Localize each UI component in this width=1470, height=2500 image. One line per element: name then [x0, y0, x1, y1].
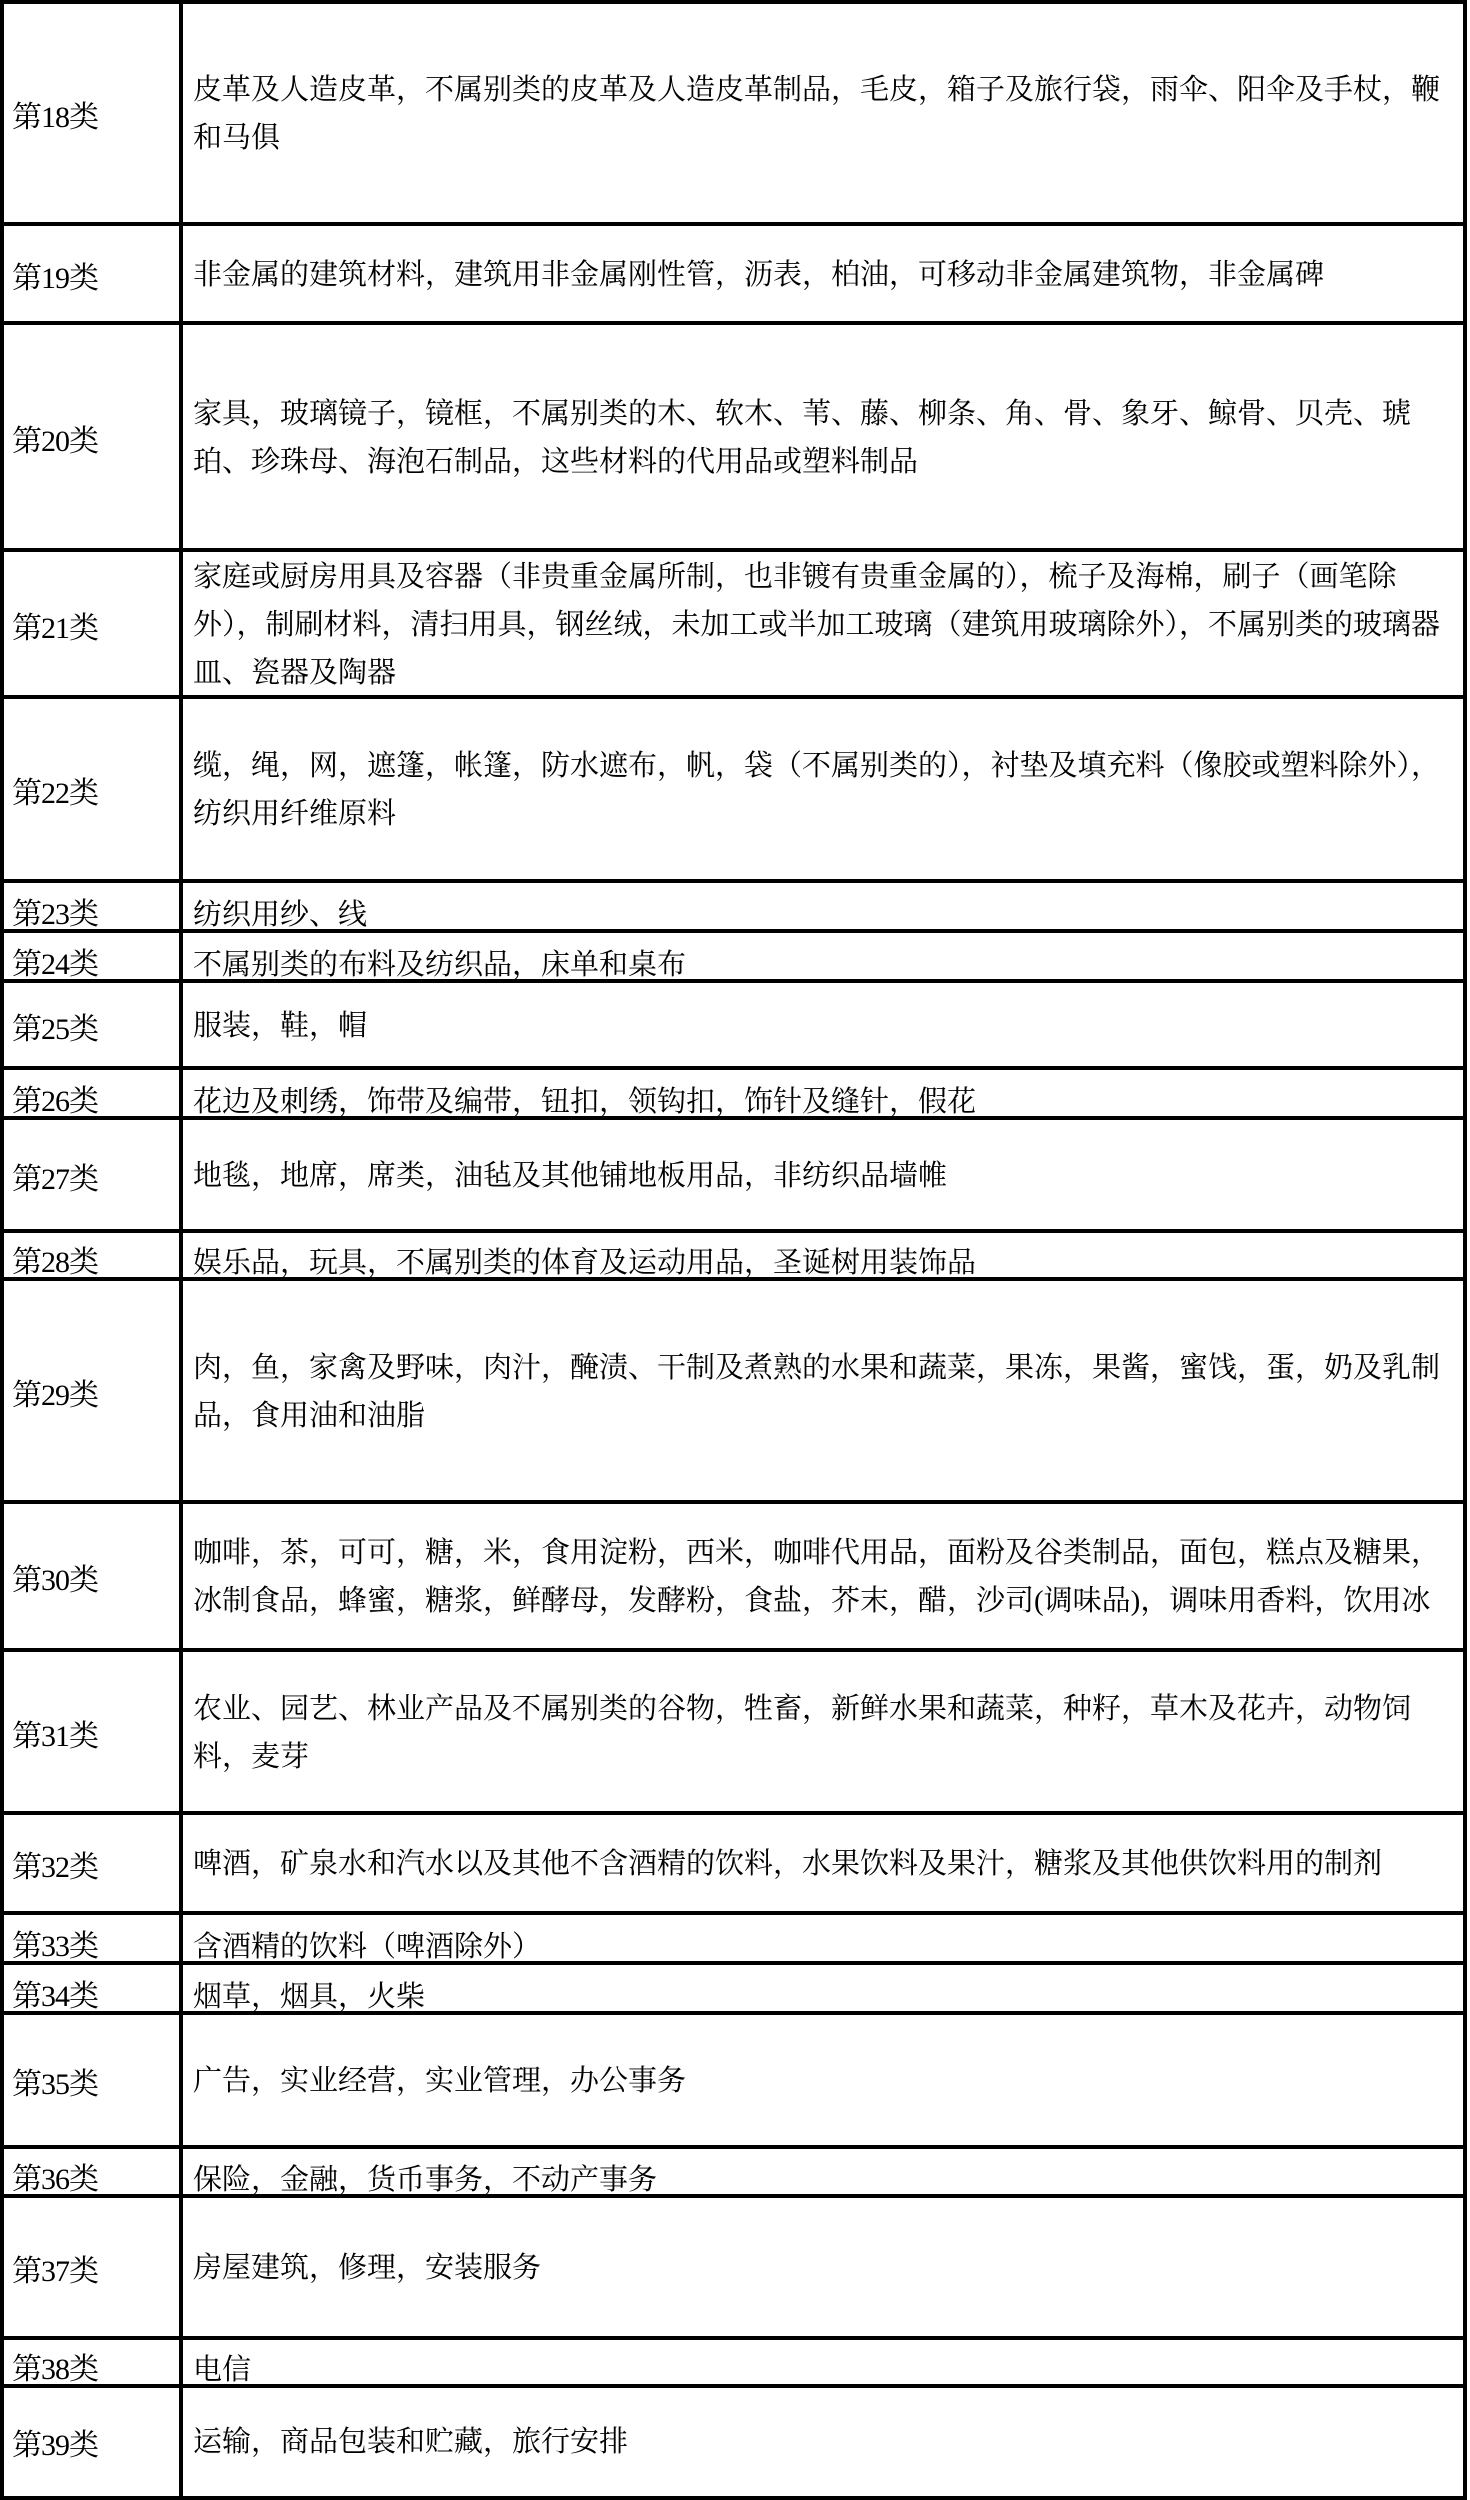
- class-description-text: 缆，绳，网，遮篷，帐篷，防水遮布，帆，袋（不属别类的），衬垫及填充料（像胶或塑料…: [193, 742, 1445, 838]
- class-description-text: 含酒精的饮料（啤酒除外）: [193, 1927, 541, 1963]
- class-description-text: 非金属的建筑材料，建筑用非金属刚性管，沥表，柏油，可移动非金属建筑物，非金属碑: [193, 251, 1324, 299]
- class-label-text: 第38类: [12, 2350, 98, 2386]
- class-label-text: 第32类: [12, 1842, 98, 1886]
- class-description: 保险，金融，货币事务，不动产事务: [183, 2149, 1467, 2196]
- table-row: 第33类 含酒精的饮料（啤酒除外）: [0, 1911, 1467, 1963]
- class-description-text: 运输，商品包装和贮藏，旅行安排: [193, 2418, 628, 2466]
- table-row: 第39类 运输，商品包装和贮藏，旅行安排: [0, 2384, 1467, 2500]
- class-description-text: 皮革及人造皮革，不属别类的皮革及人造皮革制品，毛皮，箱子及旅行袋，雨伞、阳伞及手…: [193, 66, 1445, 162]
- class-label: 第20类: [0, 325, 183, 550]
- class-description: 肉，鱼，家禽及野味，肉汁，醃渍、干制及煮熟的水果和蔬菜，果冻，果酱，蜜饯，蛋，奶…: [183, 1281, 1467, 1502]
- class-label-text: 第36类: [12, 2160, 98, 2196]
- class-description: 娱乐品，玩具，不属别类的体育及运动用品，圣诞树用装饰品: [183, 1233, 1467, 1279]
- table-row: 第34类 烟草，烟具，火柴: [0, 1961, 1467, 2013]
- table-row: 第29类 肉，鱼，家禽及野味，肉汁，醃渍、干制及煮熟的水果和蔬菜，果冻，果酱，蜜…: [0, 1277, 1467, 1502]
- class-description-text: 广告，实业经营，实业管理，办公事务: [193, 2057, 686, 2105]
- class-description: 缆，绳，网，遮篷，帐篷，防水遮布，帆，袋（不属别类的），衬垫及填充料（像胶或塑料…: [183, 699, 1467, 881]
- class-label-text: 第23类: [12, 895, 98, 931]
- class-label-text: 第18类: [12, 92, 98, 136]
- table-row: 第21类 家庭或厨房用具及容器（非贵重金属所制，也非镀有贵重金属的），梳子及海棉…: [0, 548, 1467, 698]
- class-description: 纺织用纱、线: [183, 883, 1467, 931]
- class-label-text: 第37类: [12, 2246, 98, 2290]
- class-label-text: 第22类: [12, 768, 98, 812]
- table-row: 第22类 缆，绳，网，遮篷，帐篷，防水遮布，帆，袋（不属别类的），衬垫及填充料（…: [0, 695, 1467, 881]
- table-row: 第35类 广告，实业经营，实业管理，办公事务: [0, 2011, 1467, 2147]
- table-row: 第27类 地毯，地席，席类，油毡及其他铺地板用品，非纺织品墙帷: [0, 1116, 1467, 1231]
- class-description: 花边及刺绣，饰带及编带，钮扣，领钩扣，饰针及缝针，假花: [183, 1070, 1467, 1118]
- table-row: 第18类 皮革及人造皮革，不属别类的皮革及人造皮革制品，毛皮，箱子及旅行袋，雨伞…: [0, 0, 1467, 224]
- class-description: 服装，鞋，帽: [183, 983, 1467, 1068]
- class-description: 家庭或厨房用具及容器（非贵重金属所制，也非镀有贵重金属的），梳子及海棉，刷子（画…: [183, 552, 1467, 698]
- class-label-text: 第29类: [12, 1370, 98, 1414]
- class-description-text: 保险，金融，货币事务，不动产事务: [193, 2160, 657, 2196]
- table-row: 第26类 花边及刺绣，饰带及编带，钮扣，领钩扣，饰针及缝针，假花: [0, 1066, 1467, 1118]
- class-label: 第30类: [0, 1504, 183, 1650]
- class-label: 第29类: [0, 1281, 183, 1502]
- class-description: 电信: [183, 2340, 1467, 2386]
- class-description-text: 家具，玻璃镜子，镜框，不属别类的木、软木、苇、藤、柳条、角、骨、象牙、鲸骨、贝壳…: [193, 390, 1445, 486]
- class-description-text: 花边及刺绣，饰带及编带，钮扣，领钩扣，饰针及缝针，假花: [193, 1082, 976, 1118]
- class-description-text: 咖啡，茶，可可，糖，米，食用淀粉，西米，咖啡代用品，面粉及谷类制品，面包，糕点及…: [193, 1529, 1445, 1625]
- class-label: 第38类: [0, 2340, 183, 2386]
- class-description-text: 家庭或厨房用具及容器（非贵重金属所制，也非镀有贵重金属的），梳子及海棉，刷子（画…: [193, 553, 1445, 697]
- class-description-text: 农业、园艺、林业产品及不属别类的谷物，牲畜，新鲜水果和蔬菜，种籽，草木及花卉，动…: [193, 1685, 1445, 1781]
- class-label: 第19类: [0, 226, 183, 324]
- class-label: 第34类: [0, 1965, 183, 2013]
- trademark-class-table: 第18类 皮革及人造皮革，不属别类的皮革及人造皮革制品，毛皮，箱子及旅行袋，雨伞…: [0, 0, 1470, 2500]
- class-label: 第35类: [0, 2015, 183, 2147]
- table-row: 第20类 家具，玻璃镜子，镜框，不属别类的木、软木、苇、藤、柳条、角、骨、象牙、…: [0, 321, 1467, 550]
- class-description-text: 服装，鞋，帽: [193, 1002, 367, 1050]
- class-description: 皮革及人造皮革，不属别类的皮革及人造皮革制品，毛皮，箱子及旅行袋，雨伞、阳伞及手…: [183, 4, 1467, 224]
- class-description: 烟草，烟具，火柴: [183, 1965, 1467, 2013]
- class-description-text: 不属别类的布料及纺织品，床单和桌布: [193, 945, 686, 981]
- class-label: 第25类: [0, 983, 183, 1068]
- table-row: 第23类 纺织用纱、线: [0, 879, 1467, 931]
- table-row: 第19类 非金属的建筑材料，建筑用非金属刚性管，沥表，柏油，可移动非金属建筑物，…: [0, 222, 1467, 324]
- class-description: 地毯，地席，席类，油毡及其他铺地板用品，非纺织品墙帷: [183, 1120, 1467, 1231]
- class-label-text: 第25类: [12, 1004, 98, 1048]
- class-label: 第28类: [0, 1233, 183, 1279]
- class-label: 第27类: [0, 1120, 183, 1231]
- table-row: 第30类 咖啡，茶，可可，糖，米，食用淀粉，西米，咖啡代用品，面粉及谷类制品，面…: [0, 1500, 1467, 1650]
- class-label: 第33类: [0, 1915, 183, 1963]
- class-description: 咖啡，茶，可可，糖，米，食用淀粉，西米，咖啡代用品，面粉及谷类制品，面包，糕点及…: [183, 1504, 1467, 1650]
- class-label-text: 第27类: [12, 1154, 98, 1198]
- class-description: 不属别类的布料及纺织品，床单和桌布: [183, 933, 1467, 981]
- class-label-text: 第35类: [12, 2059, 98, 2103]
- table-row: 第25类 服装，鞋，帽: [0, 979, 1467, 1068]
- table-row: 第28类 娱乐品，玩具，不属别类的体育及运动用品，圣诞树用装饰品: [0, 1229, 1467, 1279]
- table-row: 第37类 房屋建筑，修理，安装服务: [0, 2194, 1467, 2338]
- class-label-text: 第20类: [12, 416, 98, 460]
- class-label: 第22类: [0, 699, 183, 881]
- class-description: 非金属的建筑材料，建筑用非金属刚性管，沥表，柏油，可移动非金属建筑物，非金属碑: [183, 226, 1467, 324]
- class-description: 家具，玻璃镜子，镜框，不属别类的木、软木、苇、藤、柳条、角、骨、象牙、鲸骨、贝壳…: [183, 325, 1467, 550]
- class-label: 第24类: [0, 933, 183, 981]
- class-label-text: 第39类: [12, 2420, 98, 2464]
- class-description: 农业、园艺、林业产品及不属别类的谷物，牲畜，新鲜水果和蔬菜，种籽，草木及花卉，动…: [183, 1652, 1467, 1813]
- table-row: 第36类 保险，金融，货币事务，不动产事务: [0, 2145, 1467, 2196]
- class-label-text: 第33类: [12, 1927, 98, 1963]
- class-label: 第26类: [0, 1070, 183, 1118]
- table-row: 第38类 电信: [0, 2336, 1467, 2386]
- class-label-text: 第31类: [12, 1711, 98, 1755]
- table-row: 第31类 农业、园艺、林业产品及不属别类的谷物，牲畜，新鲜水果和蔬菜，种籽，草木…: [0, 1648, 1467, 1813]
- class-description-text: 纺织用纱、线: [193, 895, 367, 931]
- class-description: 运输，商品包装和贮藏，旅行安排: [183, 2388, 1467, 2496]
- class-description: 含酒精的饮料（啤酒除外）: [183, 1915, 1467, 1963]
- table-row: 第32类 啤酒，矿泉水和汽水以及其他不含酒精的饮料，水果饮料及果汁，糖浆及其他供…: [0, 1811, 1467, 1913]
- class-description-text: 房屋建筑，修理，安装服务: [193, 2244, 541, 2292]
- class-description-text: 地毯，地席，席类，油毡及其他铺地板用品，非纺织品墙帷: [193, 1152, 947, 1200]
- class-label: 第23类: [0, 883, 183, 931]
- table-row: 第24类 不属别类的布料及纺织品，床单和桌布: [0, 929, 1467, 981]
- class-label: 第18类: [0, 4, 183, 224]
- class-label: 第31类: [0, 1652, 183, 1813]
- class-label-text: 第26类: [12, 1082, 98, 1118]
- class-description: 广告，实业经营，实业管理，办公事务: [183, 2015, 1467, 2147]
- class-description-text: 烟草，烟具，火柴: [193, 1977, 425, 2013]
- class-label-text: 第30类: [12, 1555, 98, 1599]
- class-description-text: 娱乐品，玩具，不属别类的体育及运动用品，圣诞树用装饰品: [193, 1243, 976, 1279]
- class-label-text: 第24类: [12, 945, 98, 981]
- class-description: 啤酒，矿泉水和汽水以及其他不含酒精的饮料，水果饮料及果汁，糖浆及其他供饮料用的制…: [183, 1815, 1467, 1913]
- class-label: 第36类: [0, 2149, 183, 2196]
- class-description-text: 肉，鱼，家禽及野味，肉汁，醃渍、干制及煮熟的水果和蔬菜，果冻，果酱，蜜饯，蛋，奶…: [193, 1344, 1445, 1440]
- class-description-text: 啤酒，矿泉水和汽水以及其他不含酒精的饮料，水果饮料及果汁，糖浆及其他供饮料用的制…: [193, 1840, 1382, 1888]
- class-label: 第37类: [0, 2198, 183, 2338]
- class-description: 房屋建筑，修理，安装服务: [183, 2198, 1467, 2338]
- class-label: 第21类: [0, 552, 183, 698]
- class-label-text: 第19类: [12, 253, 98, 297]
- class-label-text: 第34类: [12, 1977, 98, 2013]
- class-label-text: 第28类: [12, 1243, 98, 1279]
- class-label: 第32类: [0, 1815, 183, 1913]
- class-description-text: 电信: [193, 2350, 251, 2386]
- class-label: 第39类: [0, 2388, 183, 2496]
- class-label-text: 第21类: [12, 603, 98, 647]
